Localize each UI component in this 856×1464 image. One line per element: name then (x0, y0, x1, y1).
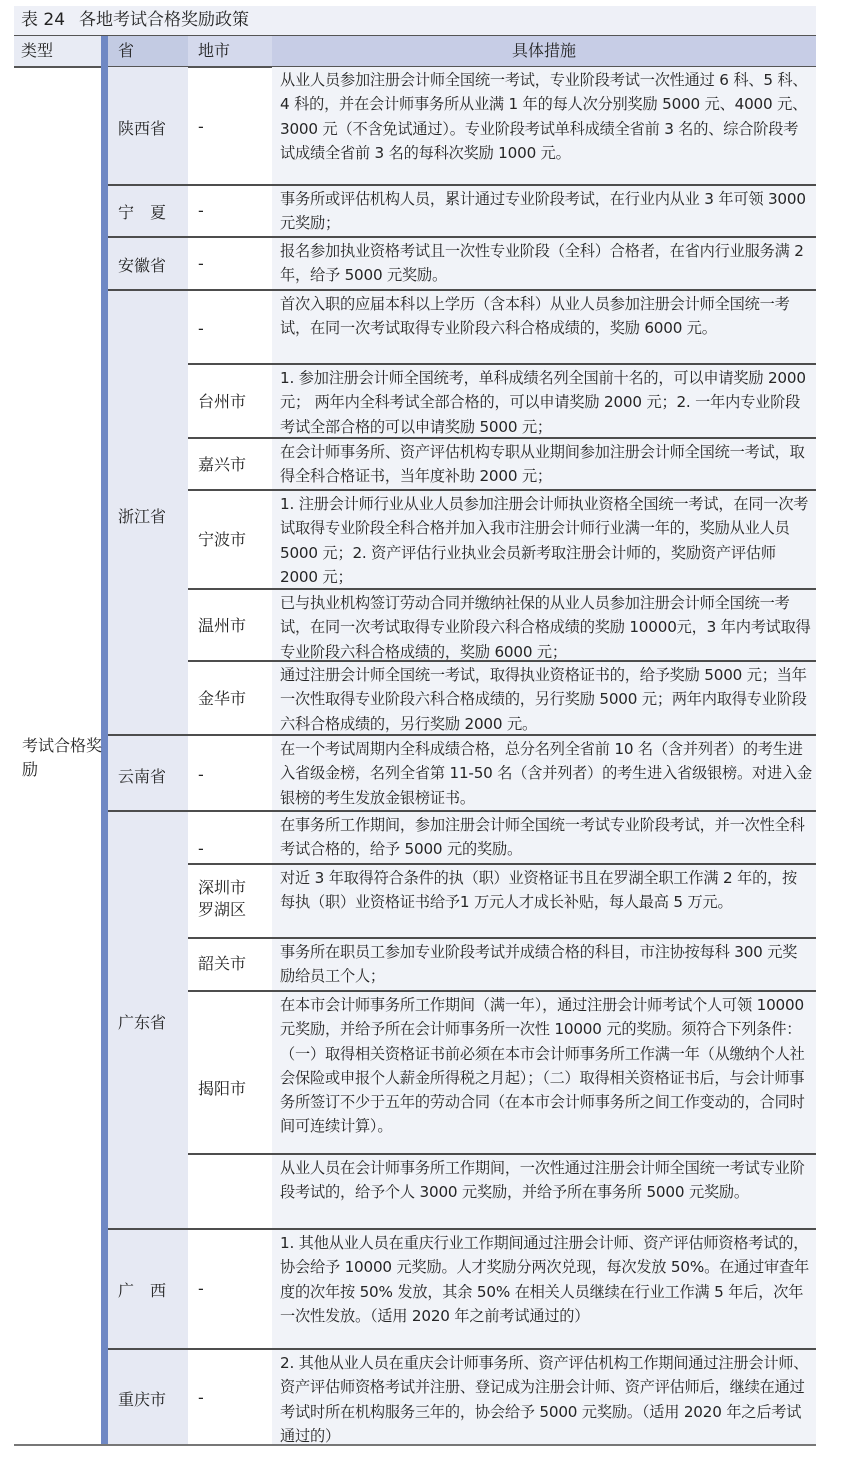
city-label: - (198, 200, 204, 222)
table-header: 类型 省 地市 具体措施 (14, 36, 816, 66)
measure-text: 在一个考试周期内全科成绩合格，总分名列全省前 10 名（含并列者）的考生进入省级… (280, 737, 812, 810)
city-label: 金华市 (198, 688, 246, 710)
header-city: 地市 (188, 36, 272, 66)
city-label: 揭阳市 (198, 1078, 246, 1100)
province-label: 广东省 (118, 1010, 166, 1033)
city-label: - (198, 838, 204, 860)
subrow-divider (188, 660, 816, 662)
city-label: - (198, 1387, 204, 1409)
measure-text: 首次入职的应届本科以上学历（含本科）从业人员参加注册会计师全国统一考试，在同一次… (280, 292, 812, 341)
subrow-divider (188, 489, 816, 491)
measure-text: 在会计师事务所、资产评估机构专职从业期间参加注册会计师全国统一考试，取得全科合格… (280, 440, 812, 489)
row-divider (108, 184, 816, 186)
measure-text: 对近 3 年取得符合条件的执（职）业资格证书且在罗湖全职工作满 2 年的，按每执… (280, 866, 812, 915)
subrow-divider (188, 1153, 816, 1155)
row-divider (108, 236, 816, 238)
city-label: - (198, 116, 204, 138)
subrow-divider (188, 990, 816, 992)
accent-bar (101, 36, 108, 1445)
province-label: 安徽省 (118, 253, 166, 276)
row-divider (108, 289, 816, 291)
row-divider (108, 1228, 816, 1230)
province-label: 陕西省 (118, 116, 166, 139)
table-title: 表 24各地考试合格奖励政策 (14, 6, 816, 35)
measure-text: 事务所在职员工参加专业阶段考试并成绩合格的科目，市注协按每科 300 元奖励给员… (280, 940, 812, 989)
city-label: 台州市 (198, 391, 246, 413)
bottom-rule (14, 1444, 816, 1446)
subrow-divider (188, 437, 816, 439)
measure-text: 通过注册会计师全国统一考试，取得执业资格证书的，给予奖励 5000 元；当年一次… (280, 663, 812, 736)
subrow-divider (188, 937, 816, 939)
city-label: 宁波市 (198, 529, 246, 551)
measure-text: 1. 其他从业人员在重庆行业工作期间通过注册会计师、资产评估师资格考试的，协会给… (280, 1231, 812, 1328)
measure-text: 从业人员参加注册会计师全国统一考试，专业阶段考试一次性通过 6 科、5 科、4 … (280, 68, 812, 165)
city-label: - (198, 1278, 204, 1300)
measure-text: 报名参加执业资格考试且一次性专业阶段（全科）合格者，在省内行业服务满 2 年，给… (280, 239, 812, 288)
type-label: 考试合格奖励 (22, 734, 102, 782)
city-label: - (198, 253, 204, 275)
row-divider (108, 734, 816, 736)
measure-text: 在事务所工作期间，参加注册会计师全国统一考试专业阶段考试，并一次性全科考试合格的… (280, 813, 812, 862)
table-number: 表 24 (21, 10, 65, 30)
city-label: 韶关市 (198, 953, 246, 975)
province-label: 重庆市 (118, 1387, 166, 1410)
city-label: 温州市 (198, 615, 246, 637)
header-measure: 具体措施 (272, 36, 816, 66)
province-label: 宁 夏 (118, 200, 166, 223)
header-type: 类型 (21, 36, 53, 66)
measure-text: 1. 注册会计师行业从业人员参加注册会计师执业资格全国统一考试，在同一次考试取得… (280, 492, 812, 589)
row-divider (108, 810, 816, 812)
province-label: 广 西 (118, 1278, 166, 1301)
province-label: 云南省 (118, 764, 166, 787)
city-label: 嘉兴市 (198, 454, 246, 476)
city-label: - (198, 764, 204, 786)
row-divider (108, 1348, 816, 1350)
measure-text: 1. 参加注册会计师全国统考，单科成绩名列全国前十名的，可以申请奖励 2000 … (280, 366, 812, 439)
measure-text: 在本市会计师事务所工作期间（满一年），通过注册会计师考试个人可领 10000 元… (280, 993, 812, 1139)
subrow-divider (188, 588, 816, 590)
city-label: - (198, 318, 204, 340)
measure-text: 已与执业机构签订劳动合同并缴纳社保的从业人员参加注册会计师全国统一考试，在同一次… (280, 591, 812, 664)
city-label: 深圳市罗湖区 (198, 877, 246, 921)
measure-text: 2. 其他从业人员在重庆会计师事务所、资产评估机构工作期间通过注册会计师、资产评… (280, 1351, 812, 1448)
header-province: 省 (108, 36, 188, 66)
measure-text: 事务所或评估机构人员，累计通过专业阶段考试，在行业内从业 3 年可领 3000 … (280, 187, 812, 236)
measure-text: 从业人员在会计师事务所工作期间，一次性通过注册会计师全国统一考试专业阶段考试的，… (280, 1156, 812, 1205)
table-title-text: 各地考试合格奖励政策 (79, 10, 249, 30)
subrow-divider (188, 863, 816, 865)
province-label: 浙江省 (118, 504, 166, 527)
subrow-divider (188, 363, 816, 365)
